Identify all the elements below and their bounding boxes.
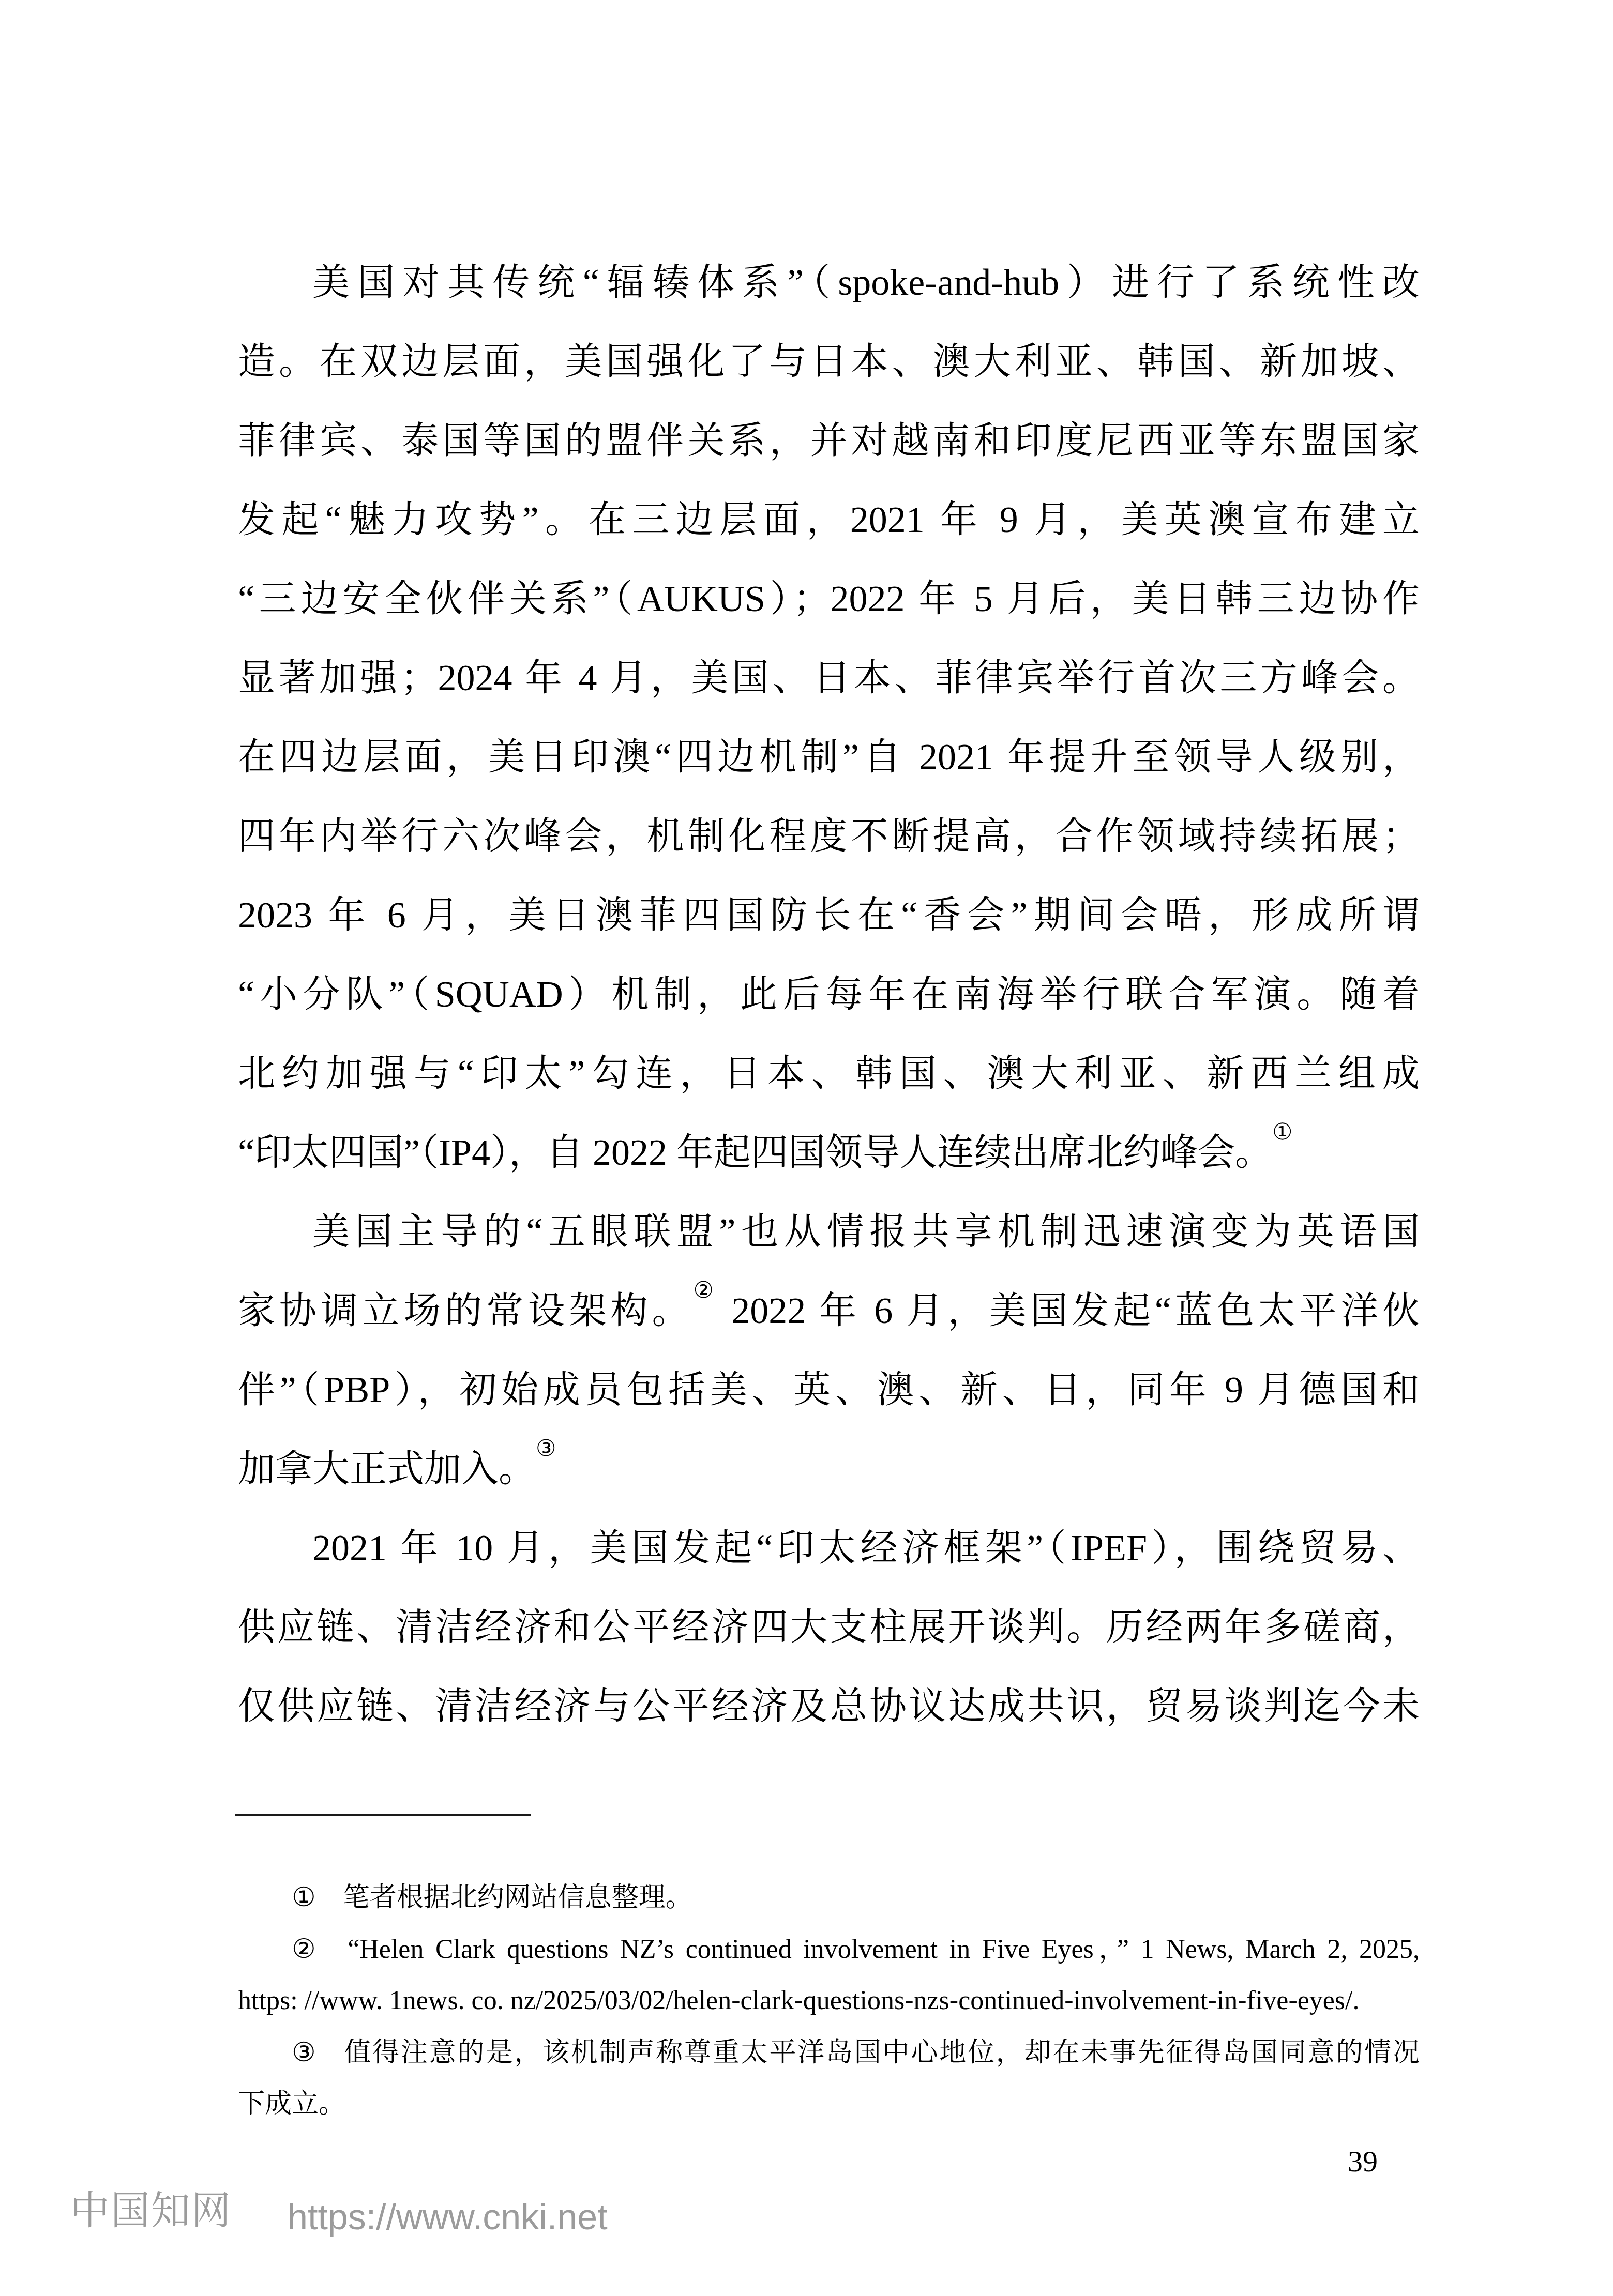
body-line: 仅供应链、清洁经济与公平经济及总协议达成共识，贸易谈判迄今未 (238, 1667, 1420, 1746)
body-line: “印太四国”（IP4），自 2022 年起四国领导人连续出席北约峰会。① (238, 1113, 1420, 1192)
body-line: 2021 年 10 月，美国发起“印太经济框架”（IPEF），围绕贸易、 (238, 1509, 1420, 1588)
footnote-ref-superscript: ③ (536, 1435, 556, 1462)
footnote-line: ①笔者根据北约网站信息整理。 (238, 1872, 1420, 1923)
body-line: 美国对其传统“辐辏体系”（spoke-and-hub）进行了系统性改 (238, 243, 1420, 322)
document-page: 美国对其传统“辐辏体系”（spoke-and-hub）进行了系统性改 造。在双边… (0, 0, 1613, 2296)
footnote-ref-superscript: ② (694, 1277, 718, 1303)
body-line-text: 加拿大正式加入。 (238, 1448, 536, 1489)
body-line-text: “小分队”（SQUAD）机制，此后每年在南海举行联合军演。随着 (238, 974, 1420, 1015)
body-line: 供应链、清洁经济和公平经济四大支柱展开谈判。历经两年多磋商， (238, 1588, 1420, 1667)
footnote-line: https: //www. 1news. co. nz/2025/03/02/h… (238, 1975, 1420, 2027)
cnki-url: https://www.cnki.net (288, 2196, 608, 2238)
body-text-block: 美国对其传统“辐辏体系”（spoke-and-hub）进行了系统性改 造。在双边… (238, 243, 1420, 1746)
footnote-marker: ② (292, 1934, 321, 1965)
footnote-text: 下成立。 (238, 2089, 345, 2119)
body-line: “三边安全伙伴关系”（AUKUS）；2022 年 5 月后，美日韩三边协作 (238, 559, 1420, 638)
body-line-text: “印太四国”（IP4），自 2022 年起四国领导人连续出席北约峰会。 (238, 1132, 1272, 1173)
body-line: 四年内举行六次峰会，机制化程度不断提高，合作领域持续拓展； (238, 797, 1420, 876)
body-line-text: 北约加强与“印太”勾连，日本、韩国、澳大利亚、新西兰组成 (238, 1053, 1420, 1094)
body-line-text: 显著加强；2024 年 4 月，美国、日本、菲律宾举行首次三方峰会。 (238, 657, 1420, 698)
body-line: 2023 年 6 月，美日澳菲四国防长在“香会”期间会晤，形成所谓 (238, 876, 1420, 955)
footnote-separator (235, 1814, 531, 1816)
body-line: 造。在双边层面，美国强化了与日本、澳大利亚、韩国、新加坡、 (238, 322, 1420, 401)
footnote-text: “Helen Clark questions NZ’s continued in… (348, 1935, 1420, 1964)
footnote-marker: ① (292, 1882, 316, 1913)
body-line-text: 家协调立场的常设架构。 (238, 1290, 694, 1331)
cnki-logo-text: 中国知网 (70, 2189, 232, 2233)
footnotes-block: ①笔者根据北约网站信息整理。 ②“Helen Clark questions N… (238, 1872, 1420, 2130)
footnote-line: 下成立。 (238, 2078, 1420, 2130)
body-line-text: 造。在双边层面，美国强化了与日本、澳大利亚、韩国、新加坡、 (238, 341, 1420, 382)
body-line-text: 美国主导的“五眼联盟”也从情报共享机制迅速演变为英语国 (312, 1211, 1420, 1252)
page-number: 39 (1348, 2145, 1410, 2179)
body-line-text: 仅供应链、清洁经济与公平经济及总协议达成共识，贸易谈判迄今未 (238, 1685, 1420, 1727)
body-line: 北约加强与“印太”勾连，日本、韩国、澳大利亚、新西兰组成 (238, 1034, 1420, 1113)
footnote-line: ③值得注意的是，该机制声称尊重太平洋岛国中心地位，却在未事先征得岛国同意的情况 (238, 2027, 1420, 2078)
body-line-text: 在四边层面，美日印澳“四边机制”自 2021 年提升至领导人级别， (238, 736, 1420, 778)
body-line-text: 发起“魅力攻势”。在三边层面，2021 年 9 月，美英澳宣布建立 (238, 499, 1420, 540)
footnote-ref-superscript: ① (1272, 1119, 1292, 1145)
body-line: 发起“魅力攻势”。在三边层面，2021 年 9 月，美英澳宣布建立 (238, 480, 1420, 559)
body-line-text: 四年内举行六次峰会，机制化程度不断提高，合作领域持续拓展； (238, 815, 1420, 857)
body-line-text: 美国对其传统“辐辏体系”（spoke-and-hub）进行了系统性改 (312, 262, 1420, 303)
body-line: 美国主导的“五眼联盟”也从情报共享机制迅速演变为英语国 (238, 1192, 1420, 1271)
body-line: 显著加强；2024 年 4 月，美国、日本、菲律宾举行首次三方峰会。 (238, 638, 1420, 718)
body-line-text: 2022 年 6 月，美国发起“蓝色太平洋伙 (718, 1290, 1420, 1331)
body-line-text: 伴”（PBP），初始成员包括美、英、澳、新、日，同年 9 月德国和 (238, 1369, 1420, 1410)
body-line: “小分队”（SQUAD）机制，此后每年在南海举行联合军演。随着 (238, 955, 1420, 1034)
body-line: 在四边层面，美日印澳“四边机制”自 2021 年提升至领导人级别， (238, 718, 1420, 797)
body-line: 加拿大正式加入。③ (238, 1430, 1420, 1509)
footnote-text: 值得注意的是，该机制声称尊重太平洋岛国中心地位，却在未事先征得岛国同意的情况 (344, 2038, 1420, 2067)
footnote-marker: ③ (292, 2037, 317, 2068)
footnote-text: 笔者根据北约网站信息整理。 (343, 1883, 692, 1912)
body-line-text: 2021 年 10 月，美国发起“印太经济框架”（IPEF），围绕贸易、 (312, 1527, 1420, 1569)
body-line-text: 菲律宾、泰国等国的盟伴关系，并对越南和印度尼西亚等东盟国家 (238, 420, 1420, 461)
body-line-text: “三边安全伙伴关系”（AUKUS）；2022 年 5 月后，美日韩三边协作 (238, 578, 1420, 619)
body-line: 家协调立场的常设架构。② 2022 年 6 月，美国发起“蓝色太平洋伙 (238, 1271, 1420, 1350)
footnote-line: ②“Helen Clark questions NZ’s continued i… (238, 1923, 1420, 1975)
body-line-text: 2023 年 6 月，美日澳菲四国防长在“香会”期间会晤，形成所谓 (238, 894, 1420, 936)
body-line: 菲律宾、泰国等国的盟伴关系，并对越南和印度尼西亚等东盟国家 (238, 401, 1420, 480)
footnote-text: https: //www. 1news. co. nz/2025/03/02/h… (238, 1986, 1360, 2015)
body-line: 伴”（PBP），初始成员包括美、英、澳、新、日，同年 9 月德国和 (238, 1350, 1420, 1430)
body-line-text: 供应链、清洁经济和公平经济四大支柱展开谈判。历经两年多磋商， (238, 1606, 1420, 1648)
